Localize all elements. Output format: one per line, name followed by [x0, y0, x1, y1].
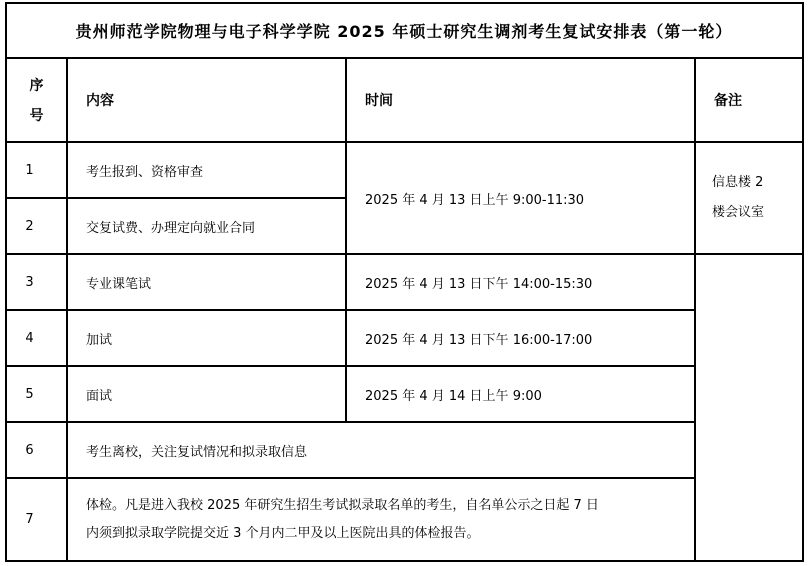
row5-time: 2025 年 4 月 14 日上午 9:00 [347, 367, 694, 421]
remarks-line2: 楼会议室 [712, 198, 764, 228]
document-title: 贵州师范学院物理与电子科学学院 2025 年硕士研究生调剂考生复试安排表（第一轮… [6, 3, 802, 58]
row3-content: 专业课笔试 [68, 255, 345, 309]
border-bottom [5, 560, 804, 562]
row5-seq: 5 [7, 367, 52, 421]
border-right [802, 2, 804, 562]
header-remarks: 备注 [696, 59, 802, 141]
row4-seq: 4 [7, 311, 52, 365]
row7-seq: 7 [7, 479, 52, 560]
row7-content-line1: 体检。凡是进入我校 2025 年研究生招生考试拟录取名单的考生，自名单公示之日起… [86, 492, 599, 520]
header-seq: 序 号 [7, 59, 66, 141]
row2-content: 交复试费、办理定向就业合同 [68, 199, 345, 253]
row3-seq: 3 [7, 255, 52, 309]
row5-content: 面试 [68, 367, 345, 421]
header-seq-line1: 序 [30, 75, 44, 95]
row1-content: 考生报到、资格审查 [68, 143, 345, 197]
row2-seq: 2 [7, 199, 52, 253]
row4-content: 加试 [68, 311, 345, 365]
header-time: 时间 [347, 59, 694, 141]
row4-time: 2025 年 4 月 13 日下午 16:00-17:00 [347, 311, 694, 365]
row6-content: 考生离校，关注复试情况和拟录取信息 [68, 423, 694, 477]
row1-seq: 1 [7, 143, 52, 197]
header-seq-line2: 号 [30, 105, 44, 125]
row6-seq: 6 [7, 423, 52, 477]
row1-2-time: 2025 年 4 月 13 日上午 9:00-11:30 [347, 143, 694, 253]
row3-time: 2025 年 4 月 13 日下午 14:00-15:30 [347, 255, 694, 309]
row7-content: 体检。凡是进入我校 2025 年研究生招生考试拟录取名单的考生，自名单公示之日起… [68, 479, 694, 560]
remarks-line1: 信息楼 2 [712, 168, 763, 198]
row1-2-remarks: 信息楼 2 楼会议室 [696, 143, 802, 253]
row7-content-line2: 内须到拟录取学院提交近 3 个月内二甲及以上医院出具的体检报告。 [86, 520, 480, 548]
header-content: 内容 [68, 59, 345, 141]
